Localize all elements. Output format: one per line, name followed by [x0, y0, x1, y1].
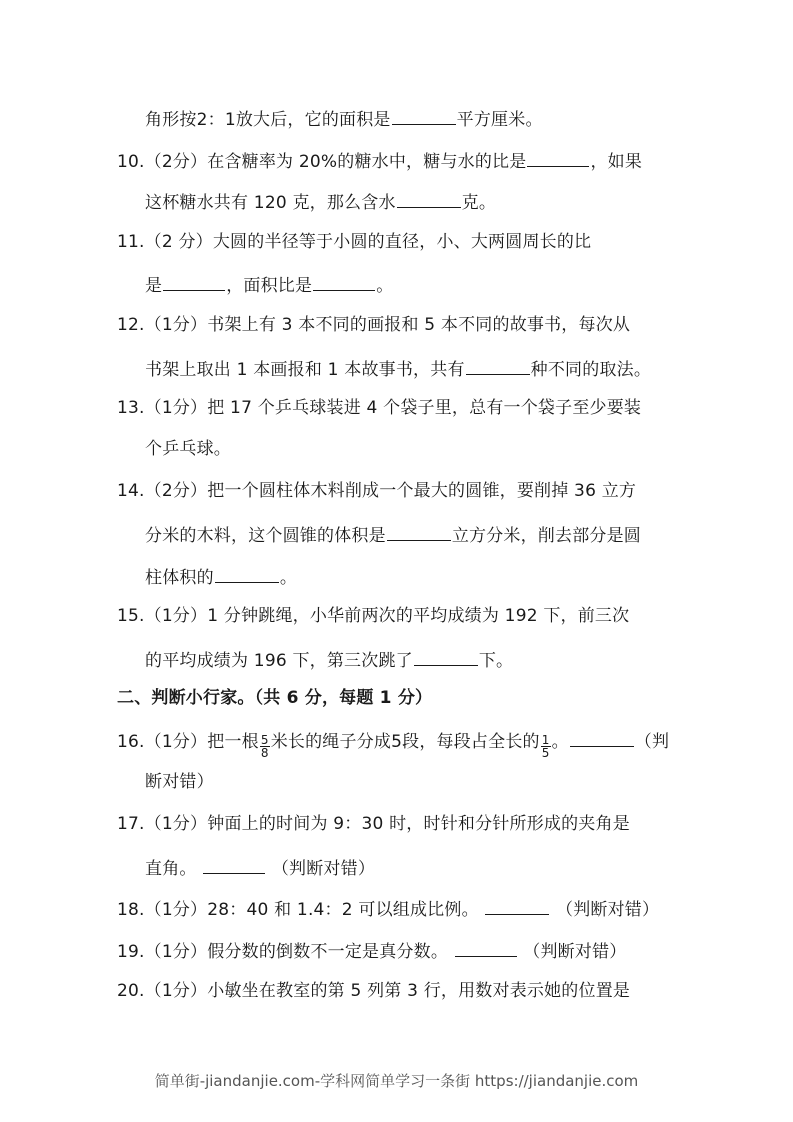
answer-blank[interactable]	[455, 938, 517, 957]
question-text: 克。	[462, 193, 496, 213]
question-text: 10.（2分）在含糖率为 20%的糖水中，糖与水的比是	[117, 152, 526, 172]
answer-blank[interactable]	[485, 896, 549, 915]
question-9-continuation: 角形按2：1放大后，它的面积是平方厘米。	[145, 106, 543, 131]
fraction-denominator: 5	[541, 747, 551, 759]
question-15-line-1: 15.（1分）1 分钟跳绳，小华前两次的平均成绩为 192 下，前三次	[117, 605, 629, 627]
answer-blank[interactable]	[163, 272, 225, 291]
question-12-line-1: 12.（1分）书架上有 3 本不同的画报和 5 本不同的故事书，每次从	[117, 314, 630, 336]
fraction-denominator: 8	[260, 747, 270, 759]
question-text: 。	[552, 732, 569, 752]
answer-blank[interactable]	[527, 148, 589, 167]
question-text: 13.（1分）把 17 个乒乓球装进 4 个袋子里，总有一个袋子至少要装	[117, 398, 641, 418]
answer-blank[interactable]	[387, 522, 451, 541]
question-text: （判	[635, 732, 669, 752]
question-text: 17.（1分）钟面上的时间为 9：30 时，时针和分针所形成的夹角是	[117, 814, 630, 834]
question-text: 断对错）	[145, 772, 214, 792]
question-text: 11.（2 分）大圆的半径等于小圆的直径，小、大两圆周长的比	[117, 232, 591, 252]
question-text: （判断对错）	[556, 900, 659, 920]
question-14-line-3: 柱体积的。	[145, 564, 297, 589]
question-text: 米长的绳子分成5段，每段占全长的	[271, 732, 540, 752]
question-text: （判断对错）	[272, 859, 375, 879]
question-14-line-1: 14.（2分）把一个圆柱体木料削成一个最大的圆锥，要削掉 36 立方	[117, 480, 636, 502]
page-footer-watermark: 简单街-jiandanjie.com-学科网简单学习一条街 https://ji…	[0, 1070, 793, 1091]
question-10-line-2: 这杯糖水共有 120 克，那么含水克。	[145, 189, 496, 214]
question-text: 。	[280, 568, 297, 588]
question-text: 角形按2：1放大后，它的面积是	[145, 110, 391, 130]
fraction-numerator: 5	[260, 734, 270, 747]
question-text: 个乒乓球。	[145, 439, 231, 459]
question-17-line-2: 直角。 （判断对错）	[145, 855, 375, 880]
answer-blank[interactable]	[313, 272, 375, 291]
question-text: 书架上取出 1 本画报和 1 本故事书，共有	[145, 360, 465, 380]
question-text: 直角。	[145, 859, 197, 879]
question-13-line-2: 个乒乓球。	[145, 438, 231, 460]
question-15-line-2: 的平均成绩为 196 下，第三次跳了下。	[145, 647, 513, 672]
answer-blank[interactable]	[215, 564, 279, 583]
question-text: 18.（1分）28：40 和 1.4：2 可以组成比例。	[117, 900, 479, 920]
question-16-line-1: 16.（1分）把一根58米长的绳子分成5段，每段占全长的15。（判	[117, 728, 669, 755]
question-text: 立方分米，削去部分是圆	[452, 526, 641, 546]
fraction-numerator: 1	[541, 734, 551, 747]
question-16-line-2: 断对错）	[145, 771, 214, 793]
section-2-title: 二、判断小行家。（共 6 分，每题 1 分）	[117, 687, 432, 709]
question-text: （判断对错）	[523, 942, 626, 962]
question-text: 是	[145, 276, 162, 296]
question-text: 的平均成绩为 196 下，第三次跳了	[145, 651, 413, 671]
question-12-line-2: 书架上取出 1 本画报和 1 本故事书，共有种不同的取法。	[145, 356, 651, 381]
question-11-line-1: 11.（2 分）大圆的半径等于小圆的直径，小、大两圆周长的比	[117, 231, 591, 253]
answer-blank[interactable]	[392, 106, 456, 125]
question-13-line-1: 13.（1分）把 17 个乒乓球装进 4 个袋子里，总有一个袋子至少要装	[117, 397, 641, 419]
question-18-line-1: 18.（1分）28：40 和 1.4：2 可以组成比例。 （判断对错）	[117, 896, 659, 921]
question-text: 。	[376, 276, 393, 296]
question-19-line-1: 19.（1分）假分数的倒数不一定是真分数。 （判断对错）	[117, 938, 626, 963]
question-text: 分米的木料，这个圆锥的体积是	[145, 526, 386, 546]
question-10-line-1: 10.（2分）在含糖率为 20%的糖水中，糖与水的比是，如果	[117, 148, 642, 173]
question-text: 这杯糖水共有 120 克，那么含水	[145, 193, 396, 213]
question-text: 20.（1分）小敏坐在教室的第 5 列第 3 行，用数对表示她的位置是	[117, 981, 630, 1001]
question-11-line-2: 是，面积比是。	[145, 272, 393, 297]
question-text: ，面积比是	[226, 276, 312, 296]
question-text: ，如果	[590, 152, 642, 172]
fraction-one-fifth: 15	[541, 734, 551, 759]
answer-blank[interactable]	[397, 189, 461, 208]
question-17-line-1: 17.（1分）钟面上的时间为 9：30 时，时针和分针所形成的夹角是	[117, 813, 630, 835]
fraction-five-eighths: 58	[260, 734, 270, 759]
question-text: 14.（2分）把一个圆柱体木料削成一个最大的圆锥，要削掉 36 立方	[117, 481, 636, 501]
answer-blank[interactable]	[570, 728, 634, 747]
question-text: 平方厘米。	[457, 110, 543, 130]
answer-blank[interactable]	[466, 356, 530, 375]
question-text: 柱体积的	[145, 568, 214, 588]
answer-blank[interactable]	[414, 647, 478, 666]
question-text: 12.（1分）书架上有 3 本不同的画报和 5 本不同的故事书，每次从	[117, 315, 630, 335]
question-text: 16.（1分）把一根	[117, 732, 259, 752]
question-20-line-1: 20.（1分）小敏坐在教室的第 5 列第 3 行，用数对表示她的位置是	[117, 980, 630, 1002]
question-text: 19.（1分）假分数的倒数不一定是真分数。	[117, 942, 448, 962]
question-text: 15.（1分）1 分钟跳绳，小华前两次的平均成绩为 192 下，前三次	[117, 606, 629, 626]
question-text: 下。	[479, 651, 513, 671]
question-text: 种不同的取法。	[531, 360, 651, 380]
answer-blank[interactable]	[203, 855, 265, 874]
question-14-line-2: 分米的木料，这个圆锥的体积是立方分米，削去部分是圆	[145, 522, 641, 547]
